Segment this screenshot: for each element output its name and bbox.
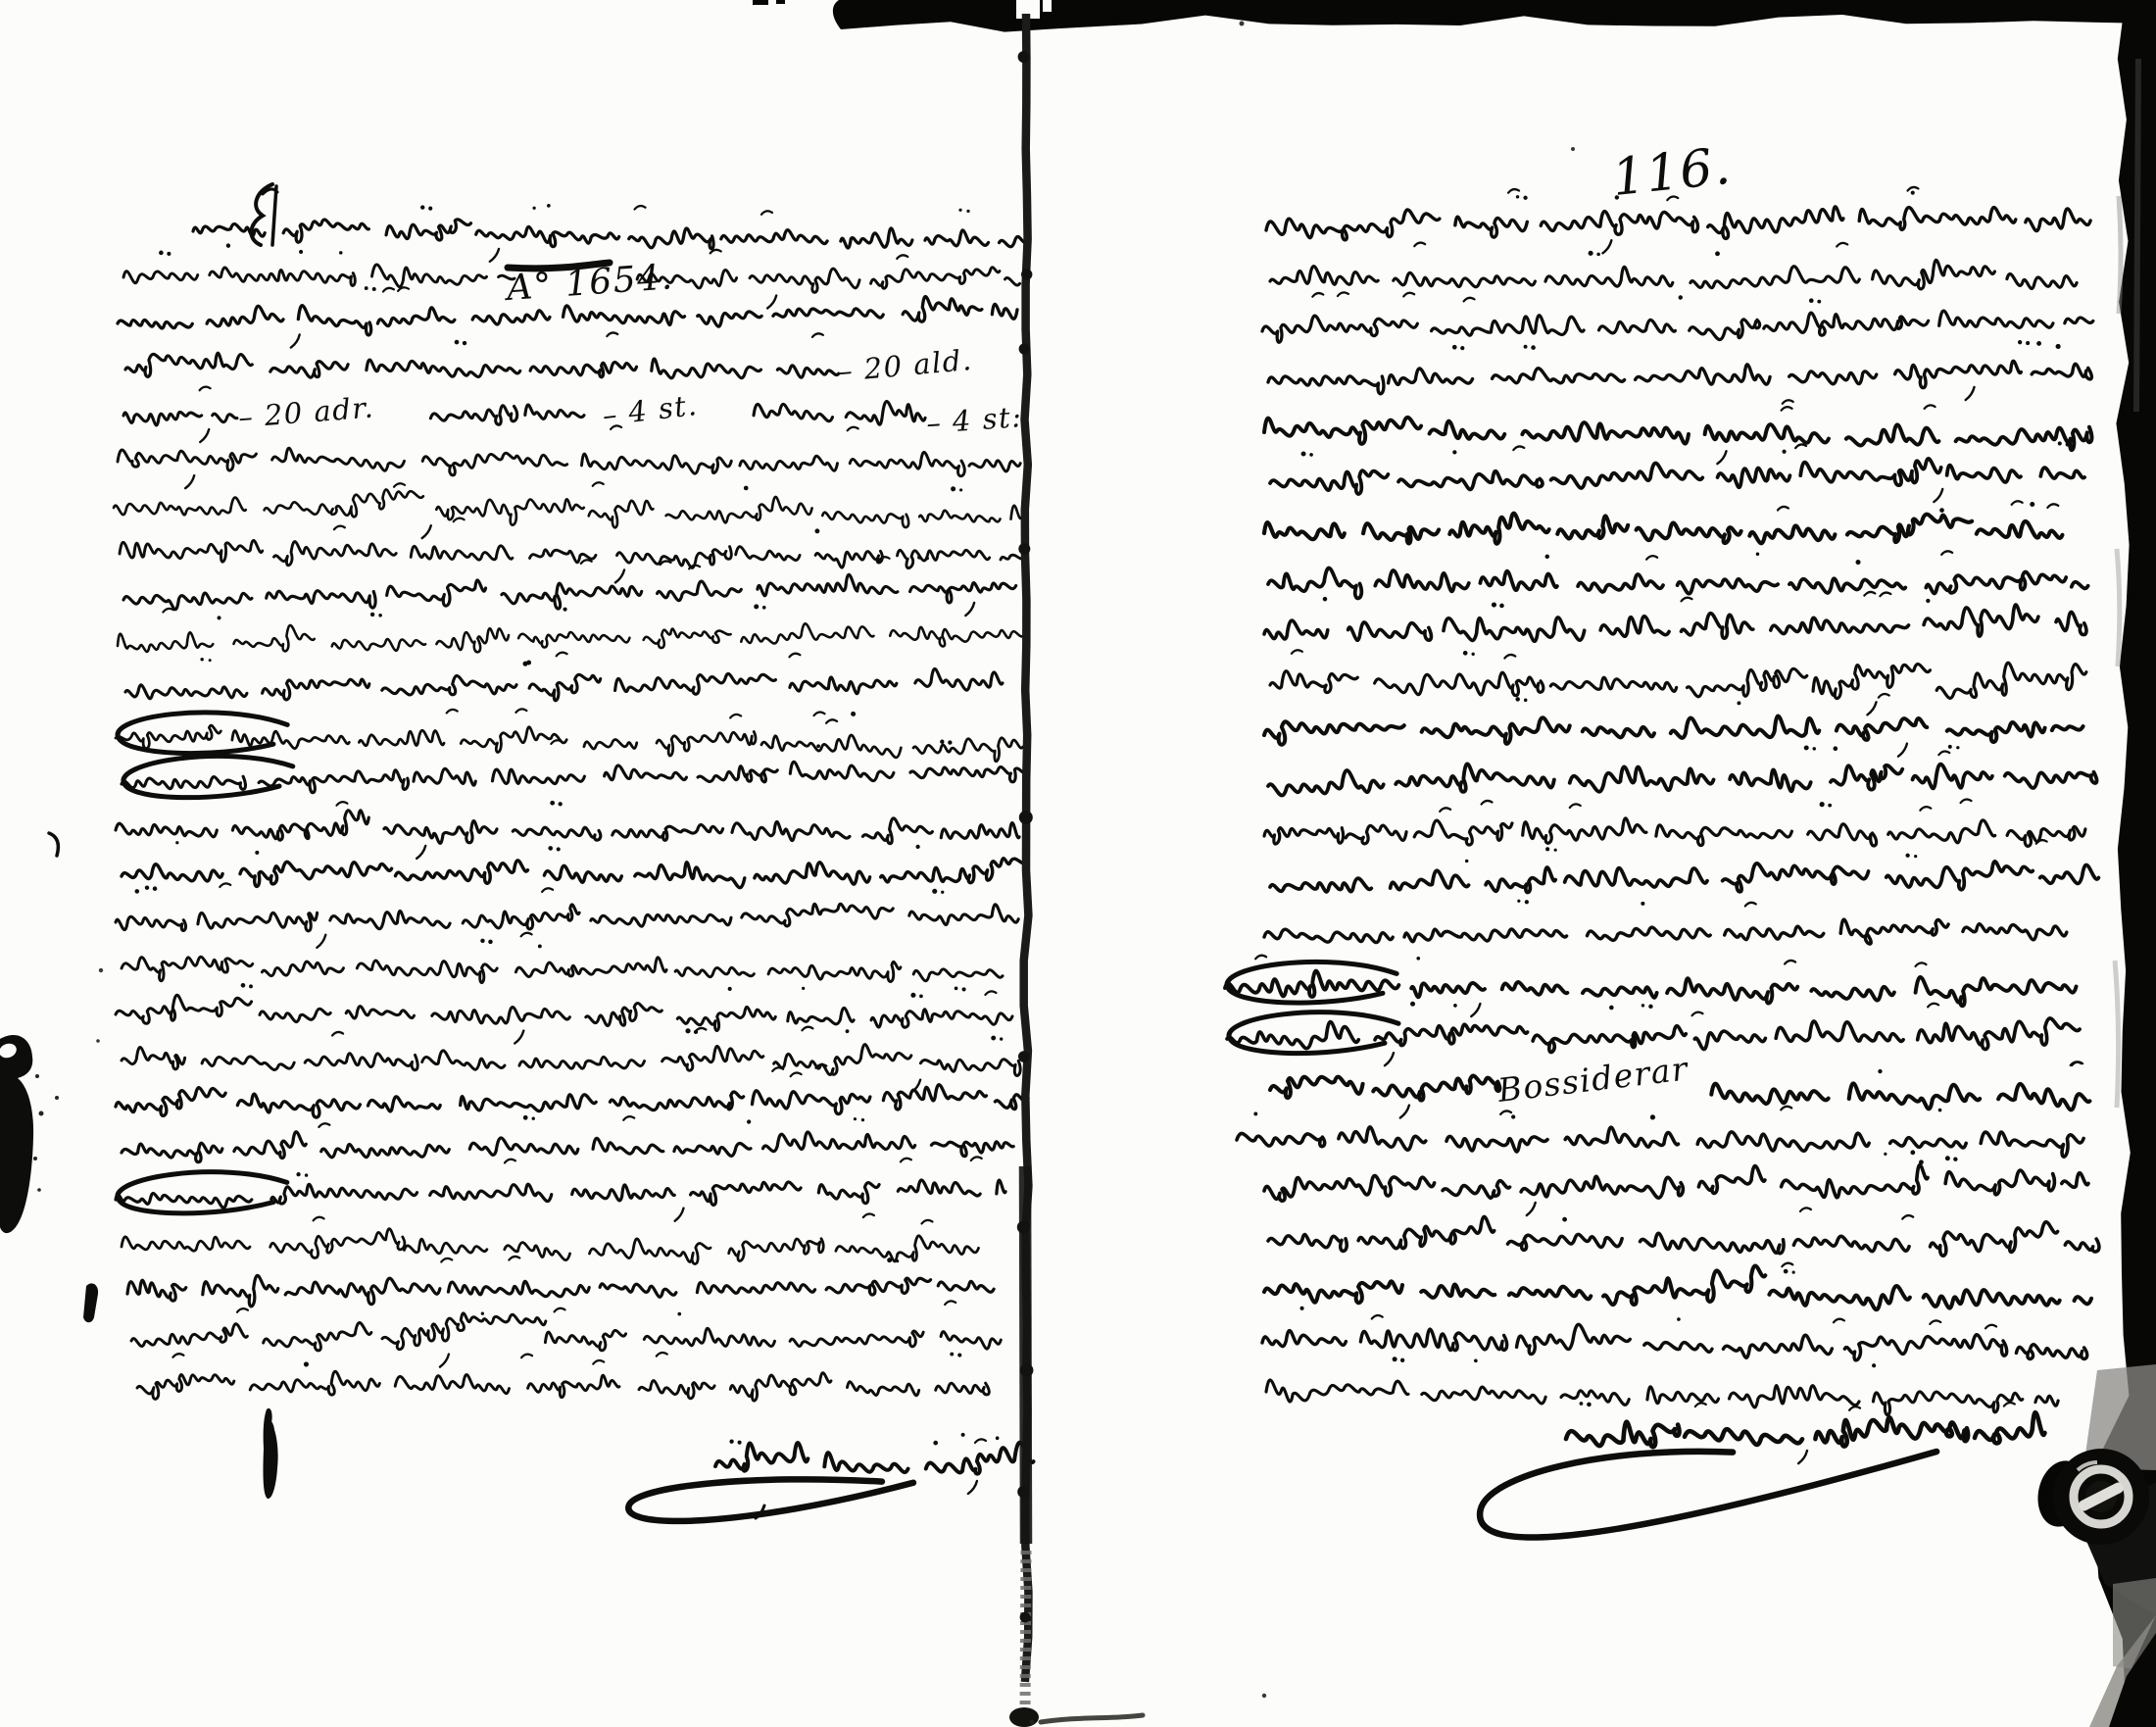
manuscript-svg: – 20 ald.– 20 adr.– 4 st.– 4 st:Bossider… xyxy=(0,0,2156,1727)
page-number: 116. xyxy=(1609,137,1734,208)
paper-background xyxy=(0,0,2156,1727)
legible-fragment: – 4 st: xyxy=(925,400,1023,440)
manuscript-scan-page: – 20 ald.– 20 adr.– 4 st.– 4 st:Bossider… xyxy=(0,0,2156,1727)
